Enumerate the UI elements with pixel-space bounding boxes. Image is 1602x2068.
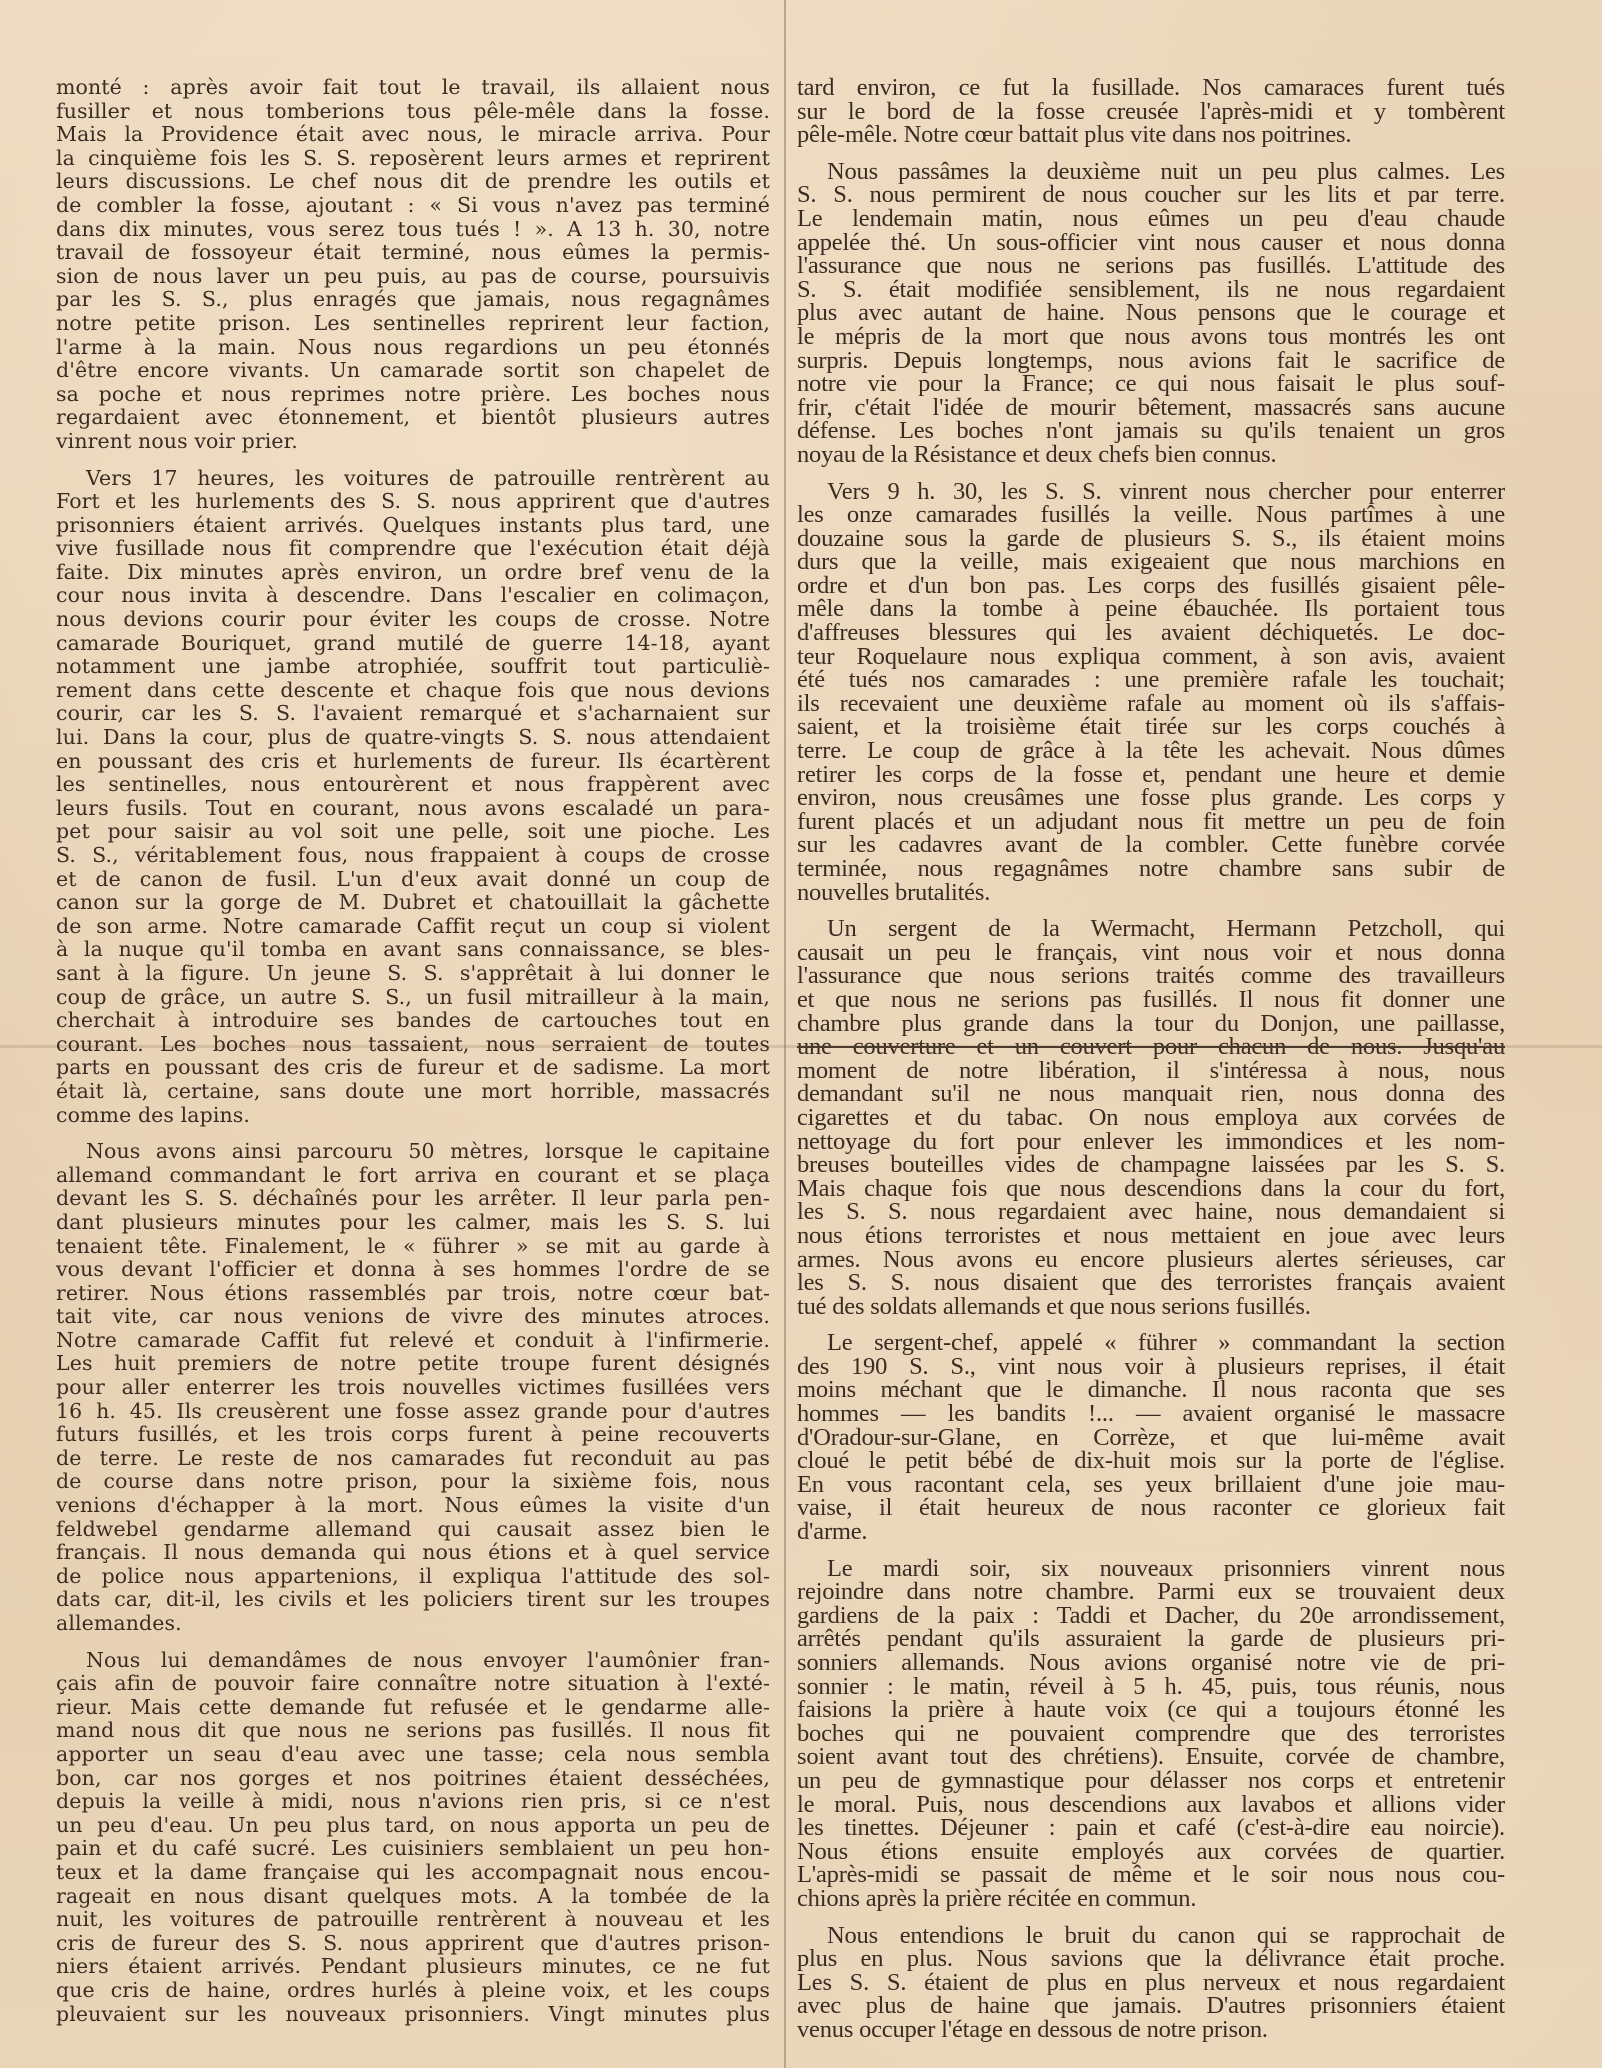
text-line: un peu d'eau. Un peu plus tard, on nous … xyxy=(56,1814,770,1838)
text-line: chambre plus grande dans la tour du Donj… xyxy=(797,1012,1505,1036)
text-line: était là, certaine, sans doute une mort … xyxy=(56,1080,770,1104)
text-line: nettoyage du fort pour enlever les immon… xyxy=(797,1130,1505,1154)
text-line: faite. Dix minutes après environ, un ord… xyxy=(56,561,770,585)
text-line: frir, c'était l'idée de mourir bêtement,… xyxy=(797,396,1505,420)
text-line: défense. Les boches n'ont jamais su qu'i… xyxy=(797,419,1505,443)
text-line: teur Roquelaure nous expliqua comment, à… xyxy=(797,645,1505,669)
paragraph: Un sergent de la Wermacht, Hermann Petzc… xyxy=(797,917,1505,1318)
text-line: dant plusieurs minutes pour les calmer, … xyxy=(56,1211,770,1235)
text-line: sa poche et nous reprimes notre prière. … xyxy=(56,383,770,407)
text-line: des 190 S. S., vint nous voir à plusieur… xyxy=(797,1355,1505,1379)
text-line: une couverture et un couvert pour chacun… xyxy=(797,1035,1505,1059)
text-line: français. Il nous demanda qui nous étion… xyxy=(56,1541,770,1565)
paragraph: Nous passâmes la deuxième nuit un peu pl… xyxy=(797,160,1505,467)
text-line: plus en plus. Nous savions que la délivr… xyxy=(797,1947,1505,1971)
text-line: Nous entendions le bruit du canon qui se… xyxy=(797,1924,1505,1948)
text-line: boches qui ne pouvaient comprendre que d… xyxy=(797,1722,1505,1746)
paragraph: tard environ, ce fut la fusillade. Nos c… xyxy=(797,76,1505,147)
column-divider xyxy=(784,0,786,2068)
text-line: par les S. S., plus enragés que jamais, … xyxy=(56,288,770,312)
text-line: parts en poussant des cris de fureur et … xyxy=(56,1056,770,1080)
text-line: terre. Le coup de grâce à la tête les ac… xyxy=(797,739,1505,763)
text-line: courant. Les boches nous tassaient, nous… xyxy=(56,1033,770,1057)
text-line: retirer. Nous étions rassemblés par troi… xyxy=(56,1282,770,1306)
text-line: d'arme. xyxy=(797,1520,1505,1544)
text-line: de terre. Le reste de nos camarades fut … xyxy=(56,1447,770,1471)
text-line: nous étions terroristes et nous mettaien… xyxy=(797,1224,1505,1248)
text-line: furent placés et un adjudant nous fit me… xyxy=(797,810,1505,834)
scanned-page: monté : après avoir fait tout le travail… xyxy=(0,0,1602,2068)
text-line: coup de grâce, un autre S. S., un fusil … xyxy=(56,986,770,1010)
text-line: nuit, les voitures de patrouille rentrèr… xyxy=(56,1908,770,1932)
text-line: les sentinelles, nous entourèrent et nou… xyxy=(56,773,770,797)
text-line: plus avec autant de haine. Nous pensons … xyxy=(797,301,1505,325)
text-line: de combler la fosse, ajoutant : « Si vou… xyxy=(56,194,770,218)
text-line: gardiens de la paix : Taddi et Dacher, d… xyxy=(797,1604,1505,1628)
text-line: mêle dans la tombe à peine ébauchée. Ils… xyxy=(797,597,1505,621)
paragraph: Nous avons ainsi parcouru 50 mètres, lor… xyxy=(56,1140,770,1635)
text-line: pleuvaient sur les nouveaux prisonniers.… xyxy=(56,2003,770,2027)
text-line: allemand commandant le fort arriva en co… xyxy=(56,1164,770,1188)
text-line: Mais la Providence était avec nous, le m… xyxy=(56,123,770,147)
text-line: douzaine sous la garde de plusieurs S. S… xyxy=(797,527,1505,551)
text-line: notre vie pour la France; ce qui nous fa… xyxy=(797,372,1505,396)
text-line: leurs discussions. Le chef nous dit de p… xyxy=(56,170,770,194)
left-column: monté : après avoir fait tout le travail… xyxy=(56,76,770,2039)
text-line: et que nous ne serions pas fusillés. Il … xyxy=(797,988,1505,1012)
text-line: les S. S. nous disaient que des terroris… xyxy=(797,1271,1505,1295)
text-line: tait vite, car nous venions de vivre des… xyxy=(56,1305,770,1329)
text-line: faisions la prière à haute voix (ce qui … xyxy=(797,1698,1505,1722)
text-line: Nous passâmes la deuxième nuit un peu pl… xyxy=(797,160,1505,184)
text-line: mand nous dit que nous ne serions pas fu… xyxy=(56,1719,770,1743)
text-line: le mépris de la mort que nous avons tous… xyxy=(797,325,1505,349)
text-line: dats car, dit-il, les civils et les poli… xyxy=(56,1588,770,1612)
text-line: causait un peu le français, vint nous vo… xyxy=(797,941,1505,965)
text-line: saient, et la troisième était tirée sur … xyxy=(797,715,1505,739)
text-line: sonniers allemands. Nous avions organisé… xyxy=(797,1651,1505,1675)
text-line: d'Oradour-sur-Glane, en Corrèze, et que … xyxy=(797,1426,1505,1450)
text-line: vaise, il était heureux de nous raconter… xyxy=(797,1496,1505,1520)
text-line: surpris. Depuis longtemps, nous avions f… xyxy=(797,349,1505,373)
text-line: de course dans notre prison, pour la six… xyxy=(56,1470,770,1494)
text-line: En vous racontant cela, ses yeux brillai… xyxy=(797,1473,1505,1497)
text-line: moment de notre libération, il s'intéres… xyxy=(797,1059,1505,1083)
text-line: Notre camarade Caffit fut relevé et cond… xyxy=(56,1329,770,1353)
text-line: cour nous invita à descendre. Dans l'esc… xyxy=(56,584,770,608)
text-line: nous devions courir pour éviter les coup… xyxy=(56,608,770,632)
text-line: pet pour saisir au vol soit une pelle, s… xyxy=(56,820,770,844)
text-line: prisonniers étaient arrivés. Quelques in… xyxy=(56,514,770,538)
text-line: Vers 9 h. 30, les S. S. vinrent nous che… xyxy=(797,480,1505,504)
text-line: notamment une jambe atrophiée, souffrit … xyxy=(56,655,770,679)
text-line: regardaient avec étonnement, et bientôt … xyxy=(56,406,770,430)
text-line: S. S. nous permirent de nous coucher sur… xyxy=(797,183,1505,207)
text-line: fusiller et nous tomberions tous pêle-mê… xyxy=(56,100,770,124)
text-line: les S. S. nous regardaient avec haine, n… xyxy=(797,1200,1505,1224)
text-line: tenaient tête. Finalement, le « führer »… xyxy=(56,1235,770,1259)
text-line: rejoindre dans notre chambre. Parmi eux … xyxy=(797,1580,1505,1604)
text-line: chions après la prière récitée en commun… xyxy=(797,1887,1505,1911)
text-line: Fort et les hurlements des S. S. nous ap… xyxy=(56,490,770,514)
text-line: devant les S. S. déchaînés pour les arrê… xyxy=(56,1187,770,1211)
text-line: Vers 17 heures, les voitures de patrouil… xyxy=(56,467,770,491)
text-line: bon, car nos gorges et nos poitrines éta… xyxy=(56,1767,770,1791)
text-line: l'assurance que nous ne serions pas fusi… xyxy=(797,254,1505,278)
text-line: été tués nos camarades : une première ra… xyxy=(797,668,1505,692)
text-line: demandant su'il ne nous manquait rien, n… xyxy=(797,1082,1505,1106)
text-line: S. S., véritablement fous, nous frappaie… xyxy=(56,844,770,868)
text-line: L'après-midi se passait de même et le so… xyxy=(797,1863,1505,1887)
text-line: rement dans cette descente et chaque foi… xyxy=(56,679,770,703)
text-line: les tinettes. Déjeuner : pain et café (c… xyxy=(797,1816,1505,1840)
text-line: Nous étions ensuite employés aux corvées… xyxy=(797,1840,1505,1864)
text-line: venus occuper l'étage en dessous de notr… xyxy=(797,2018,1505,2042)
text-line: niers étaient arrivés. Pendant plusieurs… xyxy=(56,1955,770,1979)
text-line: noyau de la Résistance et deux chefs bie… xyxy=(797,443,1505,467)
paragraph: Le sergent-chef, appelé « führer » comma… xyxy=(797,1331,1505,1543)
text-line: hommes — les bandits !... — avaient orga… xyxy=(797,1402,1505,1426)
text-line: nouvelles brutalités. xyxy=(797,881,1505,905)
text-line: pain et du café sucré. Les cuisiniers se… xyxy=(56,1837,770,1861)
text-line: tué des soldats allemands et que nous se… xyxy=(797,1295,1505,1319)
text-line: çais afin de pouvoir faire connaître not… xyxy=(56,1672,770,1696)
text-line: d'affreuses blessures qui les avaient dé… xyxy=(797,621,1505,645)
paragraph: Nous lui demandâmes de nous envoyer l'au… xyxy=(56,1649,770,2027)
text-line: Les S. S. étaient de plus en plus nerveu… xyxy=(797,1971,1505,1995)
text-line: en poussant des cris et hurlements de fu… xyxy=(56,750,770,774)
text-line: courir, car les S. S. l'avaient remarqué… xyxy=(56,702,770,726)
text-line: avec plus de haine que jamais. D'autres … xyxy=(797,1994,1505,2018)
text-line: Les huit premiers de notre petite troupe… xyxy=(56,1352,770,1376)
text-line: futurs fusillés, et les trois corps fure… xyxy=(56,1423,770,1447)
text-line: apporter un seau d'eau avec une tasse; c… xyxy=(56,1743,770,1767)
text-line: le moral. Puis, nous descendions aux lav… xyxy=(797,1793,1505,1817)
text-line: appelée thé. Un sous-officier vint nous … xyxy=(797,231,1505,255)
paragraph: Le mardi soir, six nouveaux prisonniers … xyxy=(797,1557,1505,1911)
text-line: les onze camarades fusillés la veille. N… xyxy=(797,503,1505,527)
text-line: cherchait à introduire ses bandes de car… xyxy=(56,1009,770,1033)
text-line: vous devant l'officier et donna à ses ho… xyxy=(56,1258,770,1282)
text-line: allemandes. xyxy=(56,1612,770,1636)
text-line: sant à la figure. Un jeune S. S. s'apprê… xyxy=(56,962,770,986)
text-line: retirer les corps de la fosse et, pendan… xyxy=(797,763,1505,787)
text-line: ils recevaient une deuxième rafale au mo… xyxy=(797,692,1505,716)
text-line: terminée, nous regagnâmes notre chambre … xyxy=(797,857,1505,881)
text-line: Le lendemain matin, nous eûmes un peu d'… xyxy=(797,207,1505,231)
text-line: la cinquième fois les S. S. reposèrent l… xyxy=(56,147,770,171)
text-line: canon sur la gorge de M. Dubret et chato… xyxy=(56,891,770,915)
text-line: S. S. était modifiée sensiblement, ils n… xyxy=(797,278,1505,302)
text-line: à la nuque qu'il tomba en avant sans con… xyxy=(56,938,770,962)
text-line: monté : après avoir fait tout le travail… xyxy=(56,76,770,100)
text-line: l'arme à la main. Nous nous regardions u… xyxy=(56,336,770,360)
text-line: sur le bord de la fosse creusée l'après-… xyxy=(797,100,1505,124)
text-line: Le mardi soir, six nouveaux prisonniers … xyxy=(797,1557,1505,1581)
text-line: et de canon de fusil. L'un d'eux avait d… xyxy=(56,868,770,892)
text-line: breuses bouteilles vides de champagne la… xyxy=(797,1153,1505,1177)
right-column: tard environ, ce fut la fusillade. Nos c… xyxy=(797,76,1505,2055)
text-line: cris de fureur des S. S. nous apprirent … xyxy=(56,1932,770,1956)
text-line: tard environ, ce fut la fusillade. Nos c… xyxy=(797,76,1505,100)
text-line: comme des lapins. xyxy=(56,1104,770,1128)
text-line: vinrent nous voir prier. xyxy=(56,430,770,454)
text-line: Nous avons ainsi parcouru 50 mètres, lor… xyxy=(56,1140,770,1164)
text-line: ordre et d'un bon pas. Les corps des fus… xyxy=(797,574,1505,598)
text-line: environ, nous creusâmes une fosse plus g… xyxy=(797,786,1505,810)
text-line: rageait en nous disant quelques mots. A … xyxy=(56,1885,770,1909)
text-line: l'assurance que nous serions traités com… xyxy=(797,964,1505,988)
text-line: un peu de gymnastique pour délasser nos … xyxy=(797,1769,1505,1793)
text-line: d'être encore vivants. Un camarade sorti… xyxy=(56,359,770,383)
text-line: lui. Dans la cour, plus de quatre-vingts… xyxy=(56,726,770,750)
text-line: arrêtés pendant qu'ils assuraient la gar… xyxy=(797,1627,1505,1651)
text-line: vive fusillade nous fit comprendre que l… xyxy=(56,537,770,561)
text-line: 16 h. 45. Ils creusèrent une fosse assez… xyxy=(56,1400,770,1424)
text-line: camarade Bouriquet, grand mutilé de guer… xyxy=(56,632,770,656)
text-line: sion de nous laver un peu puis, au pas d… xyxy=(56,265,770,289)
paragraph: monté : après avoir fait tout le travail… xyxy=(56,76,770,454)
text-line: cloué le petit bébé de dix-huit mois sur… xyxy=(797,1449,1505,1473)
text-line: pour aller enterrer les trois nouvelles … xyxy=(56,1376,770,1400)
text-line: moins méchant que le dimanche. Il nous r… xyxy=(797,1378,1505,1402)
text-line: notre petite prison. Les sentinelles rep… xyxy=(56,312,770,336)
text-line: de police nous appartenions, il expliqua… xyxy=(56,1565,770,1589)
paragraph: Vers 17 heures, les voitures de patrouil… xyxy=(56,467,770,1128)
text-line: sonnier : le matin, réveil à 5 h. 45, pu… xyxy=(797,1675,1505,1699)
text-line: leurs fusils. Tout en courant, nous avon… xyxy=(56,797,770,821)
text-line: sur les cadavres avant de la combler. Ce… xyxy=(797,833,1505,857)
text-line: venions d'échapper à la mort. Nous eûmes… xyxy=(56,1494,770,1518)
text-line: rieur. Mais cette demande fut refusée et… xyxy=(56,1696,770,1720)
text-line: feldwebel gendarme allemand qui causait … xyxy=(56,1518,770,1542)
paragraph: Vers 9 h. 30, les S. S. vinrent nous che… xyxy=(797,480,1505,905)
text-line: durs que la veille, mais exigeaient que … xyxy=(797,550,1505,574)
text-line: dans dix minutes, vous serez tous tués !… xyxy=(56,218,770,242)
text-line: Mais chaque fois que nous descendions da… xyxy=(797,1177,1505,1201)
paragraph: Nous entendions le bruit du canon qui se… xyxy=(797,1924,1505,2042)
text-line: teux et la dame française qui les accomp… xyxy=(56,1861,770,1885)
text-line: cigarettes et du tabac. On nous employa … xyxy=(797,1106,1505,1130)
text-line: soient avant tout des chrétiens). Ensuit… xyxy=(797,1745,1505,1769)
text-line: de son arme. Notre camarade Caffit reçut… xyxy=(56,915,770,939)
text-line: Un sergent de la Wermacht, Hermann Petzc… xyxy=(797,917,1505,941)
text-line: Nous lui demandâmes de nous envoyer l'au… xyxy=(56,1649,770,1673)
text-line: que cris de haine, ordres hurlés à plein… xyxy=(56,1979,770,2003)
text-line: depuis la veille à midi, nous n'avions r… xyxy=(56,1790,770,1814)
text-line: pêle-mêle. Notre cœur battait plus vite … xyxy=(797,123,1505,147)
text-line: armes. Nous avons eu encore plusieurs al… xyxy=(797,1248,1505,1272)
text-line: travail de fossoyeur était terminé, nous… xyxy=(56,241,770,265)
text-line: Le sergent-chef, appelé « führer » comma… xyxy=(797,1331,1505,1355)
